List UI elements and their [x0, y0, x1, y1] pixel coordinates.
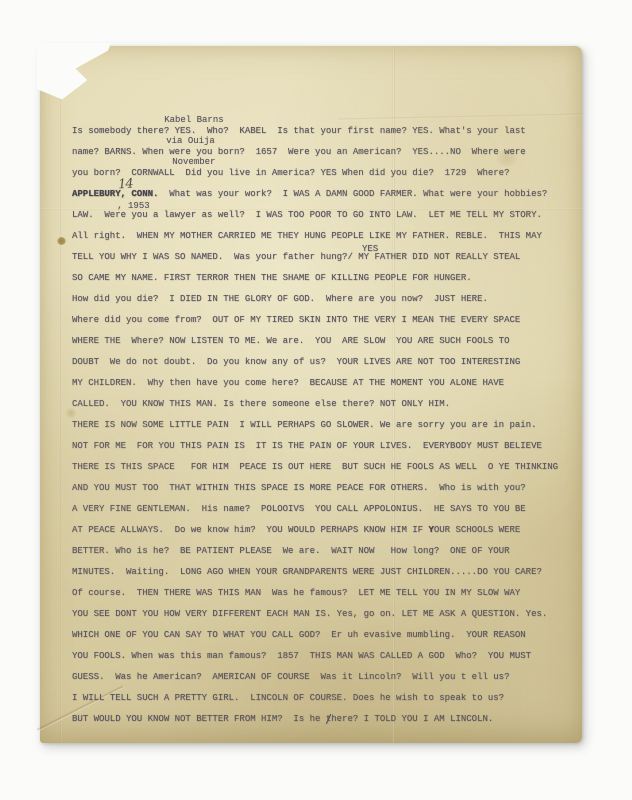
- typed-line: LAW. Were you a lawyer as well? I WAS TO…: [72, 205, 574, 226]
- typed-text-segment: How did you die? I DIED IN THE GLORY OF …: [72, 294, 488, 304]
- typed-text-segment: YES: [362, 244, 378, 254]
- typed-line: BETTER. Who is he? BE PATIENT PLEASE We …: [72, 541, 574, 562]
- typed-line: CALLED. YOU KNOW THIS MAN. Is there some…: [72, 394, 574, 415]
- typed-text-segment: THERE IS NOW SOME LITTLE PAIN I WILL PER…: [72, 420, 536, 430]
- typed-text-segment: TELL YOU WHY I WAS SO NAMED. Was your fa…: [72, 252, 520, 262]
- typed-text-segment: THERE IS THIS SPACE FOR HIM PEACE IS OUT…: [72, 462, 558, 472]
- typed-line: YOU FOOLS. When was this man famous? 185…: [72, 646, 574, 667]
- typed-text-segment: What was your work? I WAS A DAMN GOOD FA…: [158, 189, 547, 199]
- scanned-document-photo: Kabel Barns via Ouija November 14 , 1953…: [0, 0, 632, 800]
- typed-text-segment: Where did you come from? OUT OF MY TIRED…: [72, 315, 520, 325]
- typed-text-segment: here? I TOLD YOU I AM LINCOLN.: [331, 714, 493, 724]
- typed-text-segment: WHERE THE Where? NOW LISTEN TO ME. We ar…: [72, 336, 509, 346]
- aged-paper-sheet: Kabel Barns via Ouija November 14 , 1953…: [40, 46, 582, 743]
- typed-line: All right. WHEN MY MOTHER CARRIED ME THE…: [72, 226, 574, 247]
- fold-crease-left-edge: [60, 46, 62, 743]
- typed-text-segment: Of course. THEN THERE WAS THIS MAN Was h…: [72, 588, 520, 598]
- typed-text-segment: APPLEBURY, CONN.: [72, 189, 158, 199]
- typed-line: NOT FOR ME FOR YOU THIS PAIN IS IT IS TH…: [72, 436, 574, 457]
- typed-line: Is somebody there? YES. Who? KABEL Is th…: [72, 121, 574, 142]
- typed-text-segment: you born? CORNWALL Did you live in Ameri…: [72, 168, 509, 178]
- typed-lines: Is somebody there? YES. Who? KABEL Is th…: [72, 121, 574, 730]
- typed-text-segment: OUR SCHOOLS WERE: [434, 525, 520, 535]
- typed-text-segment: AND YOU MUST TOO THAT WITHIN THIS SPACE …: [72, 483, 526, 493]
- typed-line: name? BARNS. When were you born? 1657 We…: [72, 142, 574, 163]
- typed-line: MY CHILDREN. Why then have you come here…: [72, 373, 574, 394]
- typed-text-segment: YOU FOOLS. When was this man famous? 185…: [72, 651, 531, 661]
- typed-line: A VERY FINE GENTLEMAN. His name? POLOOIV…: [72, 499, 574, 520]
- typed-text-segment: MY CHILDREN. Why then have you come here…: [72, 378, 504, 388]
- typed-line: SO CAME MY NAME. FIRST TERROR THEN THE S…: [72, 268, 574, 289]
- typed-text-segment: SO CAME MY NAME. FIRST TERROR THEN THE S…: [72, 273, 472, 283]
- typed-text-segment: name? BARNS. When were you born? 1657 We…: [72, 147, 526, 157]
- typed-text-segment: BETTER. Who is he? BE PATIENT PLEASE We …: [72, 546, 509, 556]
- typed-line: Of course. THEN THERE WAS THIS MAN Was h…: [72, 583, 574, 604]
- typed-text-segment: CALLED. YOU KNOW THIS MAN. Is there some…: [72, 399, 450, 409]
- typed-text-segment: BUT WOULD YOU KNOW NOT BETTER FROM HIM? …: [72, 714, 326, 724]
- typed-text-segment: WHICH ONE OF YOU CAN SAY TO WHAT YOU CAL…: [72, 630, 526, 640]
- typed-line: THERE IS THIS SPACE FOR HIM PEACE IS OUT…: [72, 457, 574, 478]
- typed-line: YOU SEE DONT YOU HOW VERY DIFFERENT EACH…: [72, 604, 574, 625]
- typed-line: How did you die? I DIED IN THE GLORY OF …: [72, 289, 574, 310]
- typed-line: TELL YOU WHY I WAS SO NAMED. Was your fa…: [72, 247, 574, 268]
- typed-line: AND YOU MUST TOO THAT WITHIN THIS SPACE …: [72, 478, 574, 499]
- typed-line: GUESS. Was he American? AMERICAN OF COUR…: [72, 667, 574, 688]
- typed-text-segment: I WILL TELL SUCH A PRETTY GIRL. LINCOLN …: [72, 693, 504, 703]
- typed-line: AT PEACE ALLWAYS. Do we know him? YOU WO…: [72, 520, 574, 541]
- typed-line: MINUTES. Waiting. LONG AGO WHEN YOUR GRA…: [72, 562, 574, 583]
- typed-line: WHERE THE Where? NOW LISTEN TO ME. We ar…: [72, 331, 574, 352]
- typed-text-segment: DOUBT We do not doubt. Do you know any o…: [72, 357, 520, 367]
- typed-text-segment: A VERY FINE GENTLEMAN. His name? POLOOIV…: [72, 504, 526, 514]
- typed-text-segment: LAW. Were you a lawyer as well? I WAS TO…: [72, 210, 542, 220]
- typed-line: WHICH ONE OF YOU CAN SAY TO WHAT YOU CAL…: [72, 625, 574, 646]
- typed-text-segment: Is somebody there? YES. Who? KABEL Is th…: [72, 126, 526, 136]
- typed-text-segment: GUESS. Was he American? AMERICAN OF COUR…: [72, 672, 509, 682]
- stain-mark: [57, 237, 66, 245]
- typed-text-segment: NOT FOR ME FOR YOU THIS PAIN IS IT IS TH…: [72, 441, 542, 451]
- typed-text-segment: MINUTES. Waiting. LONG AGO WHEN YOUR GRA…: [72, 567, 542, 577]
- typed-line: BUT WOULD YOU KNOW NOT BETTER FROM HIM? …: [72, 709, 574, 730]
- typed-line: DOUBT We do not doubt. Do you know any o…: [72, 352, 574, 373]
- fold-crease-top-right: [338, 113, 582, 120]
- document-header: Kabel Barns via Ouija November 14 , 1953: [72, 89, 224, 110]
- typed-line: I WILL TELL SUCH A PRETTY GIRL. LINCOLN …: [72, 688, 574, 709]
- typed-line: APPLEBURY, CONN. What was your work? I W…: [72, 184, 574, 205]
- typed-text-segment: YOU SEE DONT YOU HOW VERY DIFFERENT EACH…: [72, 609, 547, 619]
- typed-line: THERE IS NOW SOME LITTLE PAIN I WILL PER…: [72, 415, 574, 436]
- typed-line: you born? CORNWALL Did you live in Ameri…: [72, 163, 574, 184]
- typed-text-segment: AT PEACE ALLWAYS. Do we know him? YOU WO…: [72, 525, 428, 535]
- typed-text-segment: All right. WHEN MY MOTHER CARRIED ME THE…: [72, 231, 542, 241]
- typed-line: Where did you come from? OUT OF MY TIRED…: [72, 310, 574, 331]
